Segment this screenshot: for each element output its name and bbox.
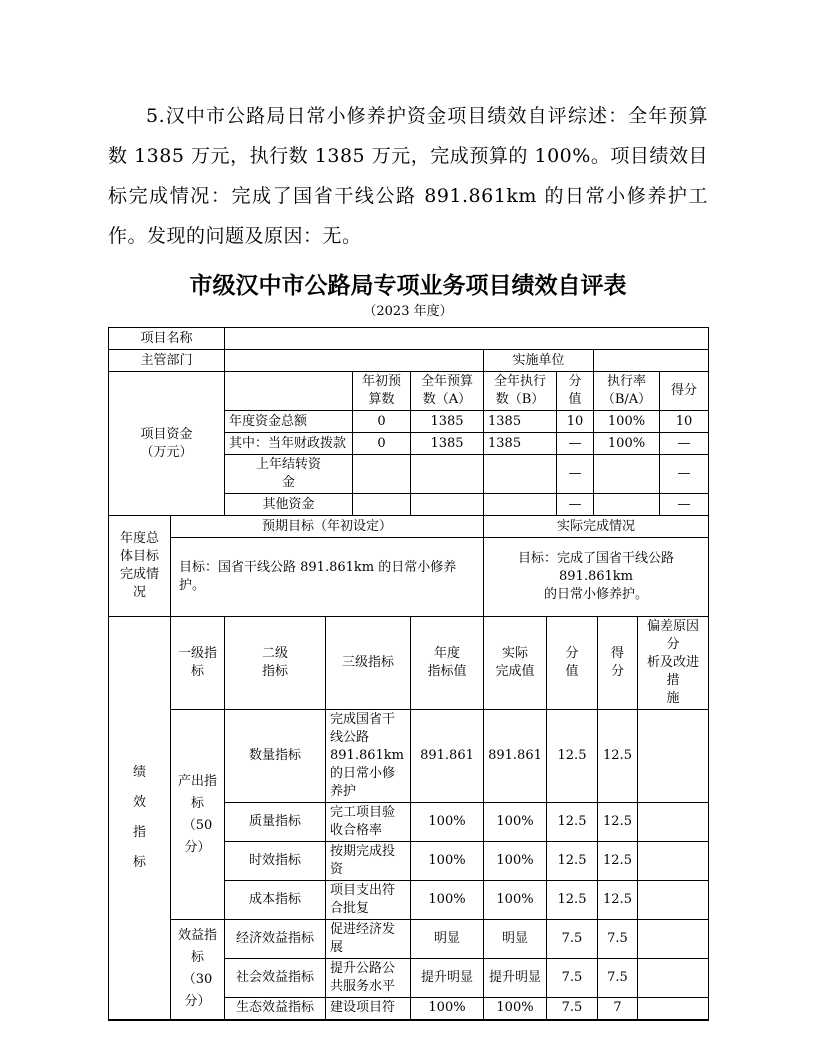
header-score: 得分 (660, 372, 709, 411)
header-score-value: 分 值 (557, 372, 594, 411)
perf-deviation (638, 710, 709, 803)
funding-score: — (660, 455, 709, 494)
perf-target: 100% (411, 998, 484, 1020)
intro-paragraph: 5.汉中市公路局日常小修养护资金项目绩效自评综述：全年预算数 1385 万元，执… (108, 96, 708, 256)
funding-score-value: — (557, 455, 594, 494)
perf-target: 100% (411, 842, 484, 881)
header-executed: 全年执行 数（B） (484, 372, 557, 411)
perf-level3: 促进经济发 展 (326, 920, 411, 959)
perf-deviation (638, 842, 709, 881)
funding-score-value: — (557, 494, 594, 516)
header-level3: 三级指标 (326, 617, 411, 710)
perf-level2: 生态效益指标 (225, 998, 326, 1020)
perf-score-value: 12.5 (547, 710, 598, 803)
perf-score-value: 12.5 (547, 881, 598, 920)
perf-score: 7.5 (598, 920, 638, 959)
perf-deviation (638, 881, 709, 920)
funding-score-value: 10 (557, 411, 594, 433)
header-level1: 一级指 标 (171, 617, 225, 710)
benefit-indicator-label: 效益指 标 （30 分） (171, 920, 225, 1020)
perf-score: 12.5 (598, 803, 638, 842)
perf-score-value: 7.5 (547, 959, 598, 998)
header-annual-target: 年度 指标值 (411, 617, 484, 710)
perf-actual: 891.861 (484, 710, 547, 803)
perf-actual: 明显 (484, 920, 547, 959)
perf-target: 100% (411, 803, 484, 842)
perf-score-value: 7.5 (547, 920, 598, 959)
perf-target: 明显 (411, 920, 484, 959)
performance-indicator-table: 绩 效 指 标 一级指 标 二级 指标 三级指标 年度 指标值 实际 完成值 分… (108, 616, 709, 1021)
funding-annual (411, 455, 484, 494)
perf-actual: 100% (484, 998, 547, 1020)
perf-target: 891.861 (411, 710, 484, 803)
project-name-value (225, 328, 709, 350)
funding-rate: 100% (594, 411, 660, 433)
expected-goal-header: 预期目标（年初设定） (171, 516, 484, 538)
perf-score: 7.5 (598, 959, 638, 998)
funding-row-label: 上年结转资 金 (225, 455, 353, 494)
funding-executed (484, 494, 557, 516)
perf-section-label: 绩 效 指 标 (109, 617, 171, 1020)
funding-score: — (660, 433, 709, 455)
supervisor-dept-label: 主管部门 (109, 350, 225, 372)
perf-level3: 按期完成投 资 (326, 842, 411, 881)
header-execution-rate: 执行率 （B/A） (594, 372, 660, 411)
perf-actual: 100% (484, 842, 547, 881)
perf-score: 12.5 (598, 710, 638, 803)
perf-target: 100% (411, 881, 484, 920)
actual-goal-text: 目标：完成了国省干线公路 891.861km 的日常小修养护。 (484, 538, 709, 617)
funding-annual: 1385 (411, 411, 484, 433)
perf-level2: 数量指标 (225, 710, 326, 803)
annual-goal-table: 年度总 体目标 完成情 况 预期目标（年初设定） 实际完成情况 目标：国省干线公… (108, 515, 709, 617)
funding-rate: 100% (594, 433, 660, 455)
expected-goal-text: 目标：国省干线公路 891.861km 的日常小修养护。 (171, 538, 484, 617)
perf-level2: 时效指标 (225, 842, 326, 881)
header-level2: 二级 指标 (225, 617, 326, 710)
header-annual-budget: 全年预算 数（A） (411, 372, 484, 411)
perf-level3: 完工项目验 收合格率 (326, 803, 411, 842)
perf-score-value: 12.5 (547, 803, 598, 842)
funding-executed (484, 455, 557, 494)
output-indicator-label: 产出指 标 （50 分） (171, 710, 225, 920)
perf-level3: 完成国省干 线公路 891.861km 的日常小修 养护 (326, 710, 411, 803)
table-subtitle: （2023 年度） (108, 303, 708, 321)
funding-initial: 0 (353, 433, 411, 455)
funding-rate (594, 455, 660, 494)
funding-initial: 0 (353, 411, 411, 433)
perf-level3: 项目支出符 合批复 (326, 881, 411, 920)
perf-level3: 建设项目符 (326, 998, 411, 1020)
goal-section-label: 年度总 体目标 完成情 况 (109, 516, 171, 617)
document-page: 5.汉中市公路局日常小修养护资金项目绩效自评综述：全年预算数 1385 万元，执… (0, 0, 816, 1056)
funding-score: — (660, 494, 709, 516)
impl-unit-label: 实施单位 (484, 350, 594, 372)
funding-annual: 1385 (411, 433, 484, 455)
funding-rate (594, 494, 660, 516)
project-funding-table: 项目名称 主管部门 实施单位 项目资金 （万元） 年初预 算数 全年预算 数（A… (108, 327, 709, 516)
header-perf-score-value: 分 值 (547, 617, 598, 710)
perf-level2: 经济效益指标 (225, 920, 326, 959)
perf-score: 7 (598, 998, 638, 1020)
perf-level2: 质量指标 (225, 803, 326, 842)
funding-section-label: 项目资金 （万元） (109, 372, 225, 516)
perf-score: 12.5 (598, 842, 638, 881)
perf-actual: 提升明显 (484, 959, 547, 998)
perf-level3: 提升公路公 共服务水平 (326, 959, 411, 998)
impl-unit-value (594, 350, 709, 372)
header-perf-score: 得 分 (598, 617, 638, 710)
perf-deviation (638, 959, 709, 998)
funding-subheader-blank (225, 372, 353, 411)
header-deviation: 偏差原因分 析及改进措 施 (638, 617, 709, 710)
funding-score: 10 (660, 411, 709, 433)
funding-executed: 1385 (484, 433, 557, 455)
funding-row-label: 其中：当年财政拨款 (225, 433, 353, 455)
perf-level2: 成本指标 (225, 881, 326, 920)
header-initial-budget: 年初预 算数 (353, 372, 411, 411)
perf-deviation (638, 998, 709, 1020)
funding-score-value: — (557, 433, 594, 455)
actual-goal-header: 实际完成情况 (484, 516, 709, 538)
header-actual-value: 实际 完成值 (484, 617, 547, 710)
perf-actual: 100% (484, 881, 547, 920)
perf-level2: 社会效益指标 (225, 959, 326, 998)
funding-initial (353, 494, 411, 516)
project-name-label: 项目名称 (109, 328, 225, 350)
funding-row-label: 其他资金 (225, 494, 353, 516)
perf-target: 提升明显 (411, 959, 484, 998)
perf-score: 12.5 (598, 881, 638, 920)
perf-actual: 100% (484, 803, 547, 842)
perf-deviation (638, 920, 709, 959)
funding-executed: 1385 (484, 411, 557, 433)
funding-row-label: 年度资金总额 (225, 411, 353, 433)
supervisor-dept-value (225, 350, 484, 372)
perf-score-value: 12.5 (547, 842, 598, 881)
perf-deviation (638, 803, 709, 842)
perf-score-value: 7.5 (547, 998, 598, 1020)
funding-initial (353, 455, 411, 494)
table-title: 市级汉中市公路局专项业务项目绩效自评表 (108, 270, 708, 300)
funding-annual (411, 494, 484, 516)
